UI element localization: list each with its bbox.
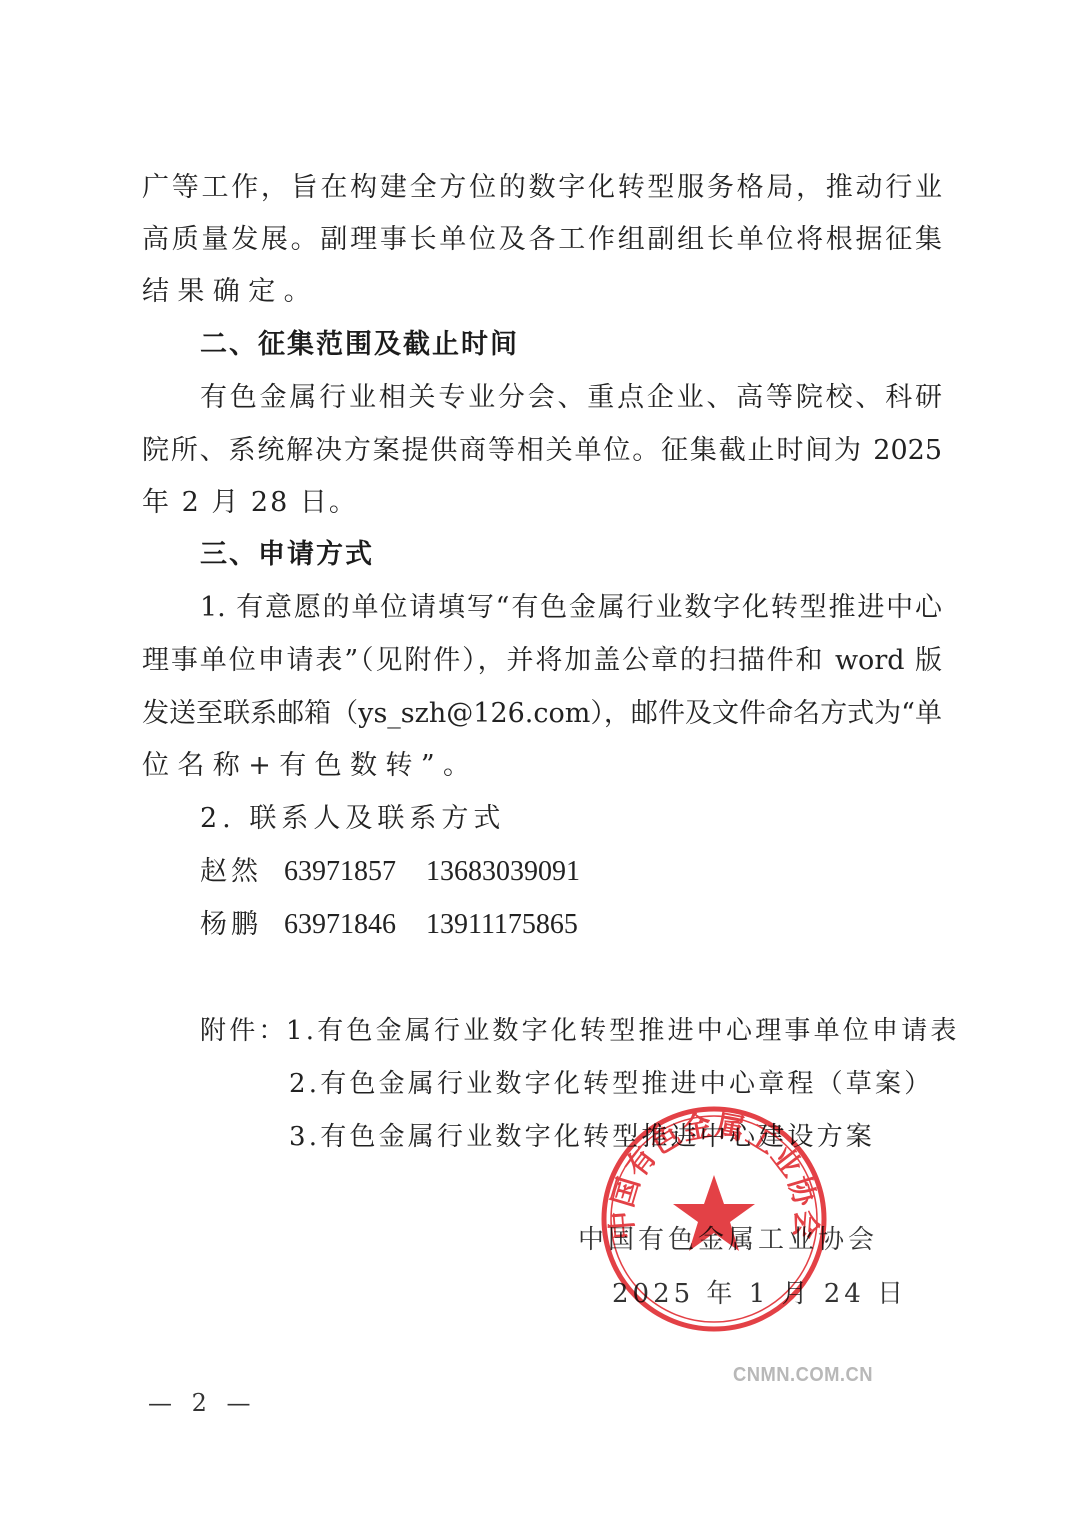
body-line: 年 2 月 28 日。 <box>142 485 942 521</box>
attachment-item: 2.有色金属行业数字化转型推进中心章程（草案） <box>289 1066 933 1102</box>
contact-row: 杨鹏 63971846 13911175865 <box>200 907 700 943</box>
document-page: 广等工作，旨在构建全方位的数字化转型服务格局，推动行业 高质量发展。副理事长单位… <box>0 0 1080 1527</box>
contact-name: 杨鹏 <box>200 907 262 943</box>
section-heading-application: 三、申请方式 <box>200 537 942 573</box>
contact-phone: 63971857 <box>284 854 396 890</box>
attachment-item: 1.有色金属行业数字化转型推进中心理事单位申请表 <box>286 1013 960 1049</box>
contact-mobile: 13683039091 <box>426 854 580 890</box>
contact-row: 赵然 63971857 13683039091 <box>200 854 700 890</box>
attachments-label: 附件： <box>200 1013 288 1049</box>
body-line-email: 发送至联系邮箱（ys_szh@126.com），邮件及文件命名方式为“单 <box>142 696 942 732</box>
body-line: 高质量发展。副理事长单位及各工作组副组长单位将根据征集 <box>142 222 942 258</box>
official-seal-icon: 中国有色金属工业协会 <box>598 1103 830 1335</box>
contact-phone: 63971846 <box>284 907 396 943</box>
body-line: 广等工作，旨在构建全方位的数字化转型服务格局，推动行业 <box>142 170 942 206</box>
body-line: 1. 有意愿的单位请填写“有色金属行业数字化转型推进中心 <box>200 590 942 626</box>
contacts-label: 2. 联系人及联系方式 <box>200 801 942 837</box>
contact-mobile: 13911175865 <box>426 907 578 943</box>
page-number: — 2 — <box>148 1388 257 1418</box>
body-line: 位名称+有色数转”。 <box>142 748 942 784</box>
section-heading-scope: 二、征集范围及截止时间 <box>200 327 942 363</box>
body-line: 院所、系统解决方案提供商等相关单位。征集截止时间为 2025 <box>142 433 942 469</box>
contact-name: 赵然 <box>200 854 262 890</box>
body-line: 理事单位申请表”（见附件），并将加盖公章的扫描件和 word 版 <box>142 643 942 679</box>
site-watermark: CNMN.COM.CN <box>733 1364 873 1387</box>
body-line: 结果确定。 <box>142 274 942 310</box>
body-line: 有色金属行业相关专业分会、重点企业、高等院校、科研 <box>200 380 942 416</box>
